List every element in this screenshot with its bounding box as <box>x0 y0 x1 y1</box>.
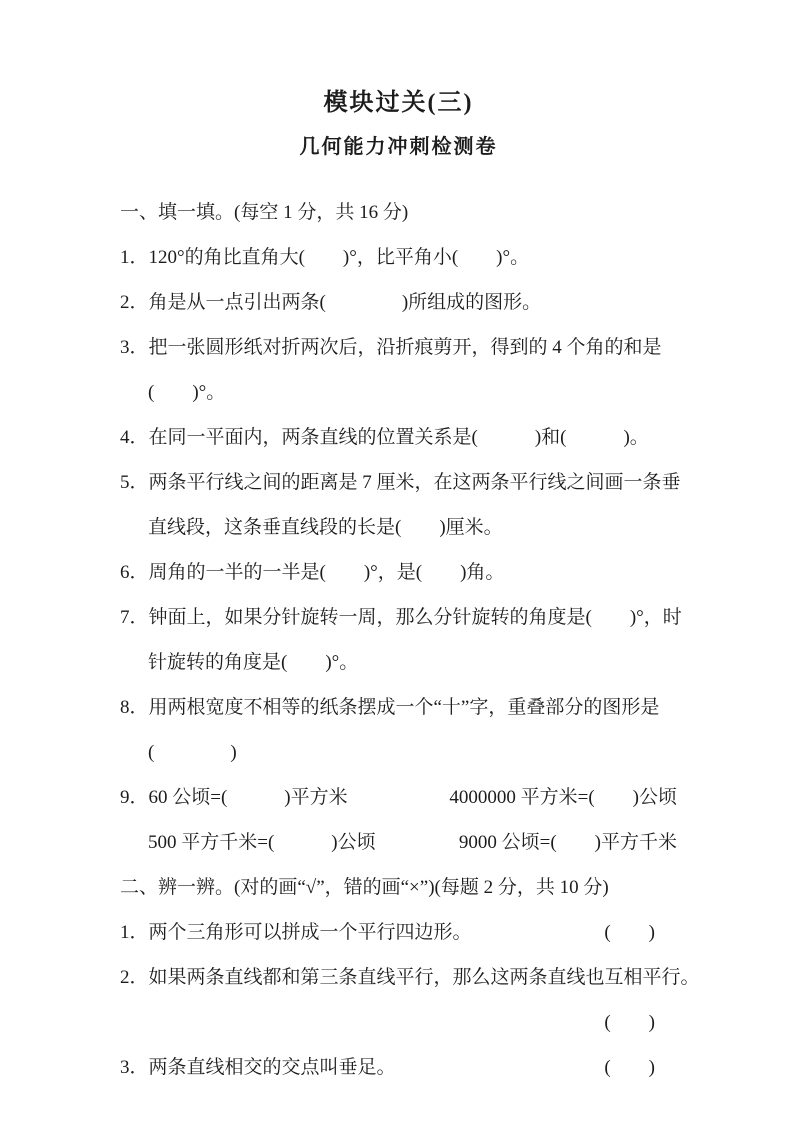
s1-question-6: 6．周角的一半的一半是( )°，是( )角。 <box>120 550 677 595</box>
s1-question-5-line2: 直线段，这条垂直线段的长是( )厘米。 <box>120 505 677 550</box>
s2-q1-answer-blank: ( ) <box>604 910 655 955</box>
s2-q2-answer-blank: ( ) <box>604 1012 655 1033</box>
worksheet-subtitle: 几何能力冲刺检测卷 <box>120 134 677 160</box>
s1-q9-conversion-2: 4000000 平方米=( )公顷 <box>449 775 677 820</box>
worksheet-title: 模块过关(三) <box>120 88 677 118</box>
s1-q9-conversion-1: 9．60 公顷=( )平方米 <box>120 775 348 820</box>
s1-question-7-line1: 7．钟面上，如果分针旋转一周，那么分针旋转的角度是( )°，时 <box>120 595 677 640</box>
s2-question-2-answer-line: ( ) <box>120 1000 677 1045</box>
s1-question-4: 4．在同一平面内，两条直线的位置关系是( )和( )。 <box>120 415 677 460</box>
s2-q1-text: 1．两个三角形可以拼成一个平行四边形。 <box>120 910 472 955</box>
s2-q3-answer-blank: ( ) <box>604 1045 655 1090</box>
s1-q9-conversion-3: 500 平方千米=( )公顷 <box>148 820 376 865</box>
s1-question-8-line2: ( ) <box>120 730 677 775</box>
section2-header: 二、辨一辨。(对的画“√”，错的画“×”)(每题 2 分，共 10 分) <box>120 865 677 910</box>
s1-question-2: 2．角是从一点引出两条( )所组成的图形。 <box>120 280 677 325</box>
section1-header: 一、填一填。(每空 1 分，共 16 分) <box>120 190 677 235</box>
s1-question-7-line2: 针旋转的角度是( )°。 <box>120 640 677 685</box>
s1-question-8-line1: 8．用两根宽度不相等的纸条摆成一个“十”字，重叠部分的图形是 <box>120 685 677 730</box>
s2-q3-text: 3．两条直线相交的交点叫垂足。 <box>120 1045 396 1090</box>
s1-question-5-line1: 5．两条平行线之间的距离是 7 厘米，在这两条平行线之间画一条垂 <box>120 460 677 505</box>
s1-question-9-line2: 500 平方千米=( )公顷 9000 公顷=( )平方千米 <box>120 820 677 865</box>
worksheet-page: 模块过关(三) 几何能力冲刺检测卷 一、填一填。(每空 1 分，共 16 分) … <box>0 0 793 1122</box>
s1-question-3-line1: 3．把一张圆形纸对折两次后，沿折痕剪开，得到的 4 个角的和是 <box>120 325 677 370</box>
s2-question-1: 1．两个三角形可以拼成一个平行四边形。 ( ) <box>120 910 677 955</box>
s2-question-2-text: 2．如果两条直线都和第三条直线平行，那么这两条直线也互相平行。 <box>120 955 677 1000</box>
s1-q9-conversion-4: 9000 公顷=( )平方千米 <box>459 820 677 865</box>
s2-question-3: 3．两条直线相交的交点叫垂足。 ( ) <box>120 1045 677 1090</box>
s1-question-9-line1: 9．60 公顷=( )平方米 4000000 平方米=( )公顷 <box>120 775 677 820</box>
s1-question-3-line2: ( )°。 <box>120 370 677 415</box>
s1-question-1: 1．120°的角比直角大( )°，比平角小( )°。 <box>120 235 677 280</box>
